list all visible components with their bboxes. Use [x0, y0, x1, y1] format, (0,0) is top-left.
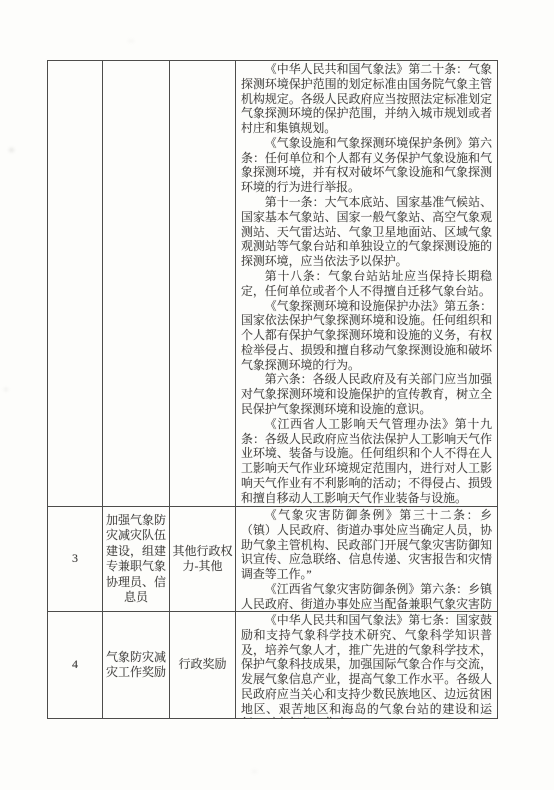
scan-speck: [9, 148, 14, 152]
scan-speck: [128, 40, 134, 42]
cell-category: 行政奖励: [170, 612, 236, 719]
legal-paragraph: 第十一条：大气本底站、国家基准气候站、国家基本气象站、国家一般气象站、高空气象观…: [241, 195, 492, 269]
legal-paragraph: 《气象设施和气象探测环境保护条例》第六条：任何单位和个人都有义务保护气象设施和气…: [241, 136, 492, 195]
cell-item-name: 加强气象防灾减灾队伍建设，组建专兼职气象协理员、信息员: [103, 507, 170, 612]
cell-number: [48, 61, 103, 507]
cell-category: 其他行政权力-其他: [170, 507, 236, 612]
cell-number: 4: [48, 612, 103, 719]
legal-paragraph: 《中华人民共和国气象法》第二十条：气象探测环境保护范围的划定标准由国务院气象主管…: [241, 62, 492, 136]
legal-paragraph: 《气象探测环境和设施保护办法》第五条：国家依法保护气象探测环境和设施。任何组织和…: [241, 299, 492, 373]
table-row-continuation: 《中华人民共和国气象法》第二十条：气象探测环境保护范围的划定标准由国务院气象主管…: [48, 61, 498, 507]
legal-basis-text: 《气象灾害防御条例》第三十二条：乡（镇）人民政府、街道办事处应当确定人员，协助气…: [241, 508, 492, 611]
legal-paragraph: 第六条：各级人民政府及有关部门应当加强对气象探测环境和设施保护的宣传教育，树立全…: [241, 372, 492, 416]
power-list-table: 《中华人民共和国气象法》第二十条：气象探测环境保护范围的划定标准由国务院气象主管…: [47, 60, 498, 719]
scan-speck: [252, 770, 257, 773]
table-row: 4 气象防灾减灾工作奖励 行政奖励 《中华人民共和国气象法》第七条：国家鼓励和支…: [48, 612, 498, 719]
legal-paragraph: 《气象灾害防御条例》第三十二条：乡（镇）人民政府、街道办事处应当确定人员，协助气…: [241, 508, 492, 582]
legal-basis-text: 《中华人民共和国气象法》第七条：国家鼓励和支持气象科学技术研究、气象科学知识普及…: [241, 613, 492, 718]
cell-legal-basis: 《中华人民共和国气象法》第二十条：气象探测环境保护范围的划定标准由国务院气象主管…: [236, 61, 498, 507]
legal-paragraph: 《江西省人工影响天气管理办法》第十九条：各级人民政府应当依法保护人工影响天气作业…: [241, 417, 492, 506]
scanned-document-page: 《中华人民共和国气象法》第二十条：气象探测环境保护范围的划定标准由国务院气象主管…: [0, 0, 554, 790]
legal-paragraph: 《江西省气象灾害防御条例》第六条：乡镇人民政府、街道办事处应当配备兼职气象灾害防…: [241, 582, 492, 611]
cell-item-name: [103, 61, 170, 507]
table-row: 3 加强气象防灾减灾队伍建设，组建专兼职气象协理员、信息员 其他行政权力-其他 …: [48, 507, 498, 612]
legal-paragraph: 《中华人民共和国气象法》第七条：国家鼓励和支持气象科学技术研究、气象科学知识普及…: [241, 613, 492, 718]
legal-basis-text: 《中华人民共和国气象法》第二十条：气象探测环境保护范围的划定标准由国务院气象主管…: [241, 62, 492, 505]
cell-legal-basis: 《中华人民共和国气象法》第七条：国家鼓励和支持气象科学技术研究、气象科学知识普及…: [236, 612, 498, 719]
scan-speck: [4, 388, 8, 391]
cell-item-name: 气象防灾减灾工作奖励: [103, 612, 170, 719]
cell-number: 3: [48, 507, 103, 612]
legal-paragraph: 第十八条：气象台站站址应当保持长期稳定，任何单位或者个人不得擅自迁移气象台站。: [241, 269, 492, 299]
cell-category: [170, 61, 236, 507]
cell-legal-basis: 《气象灾害防御条例》第三十二条：乡（镇）人民政府、街道办事处应当确定人员，协助气…: [236, 507, 498, 612]
